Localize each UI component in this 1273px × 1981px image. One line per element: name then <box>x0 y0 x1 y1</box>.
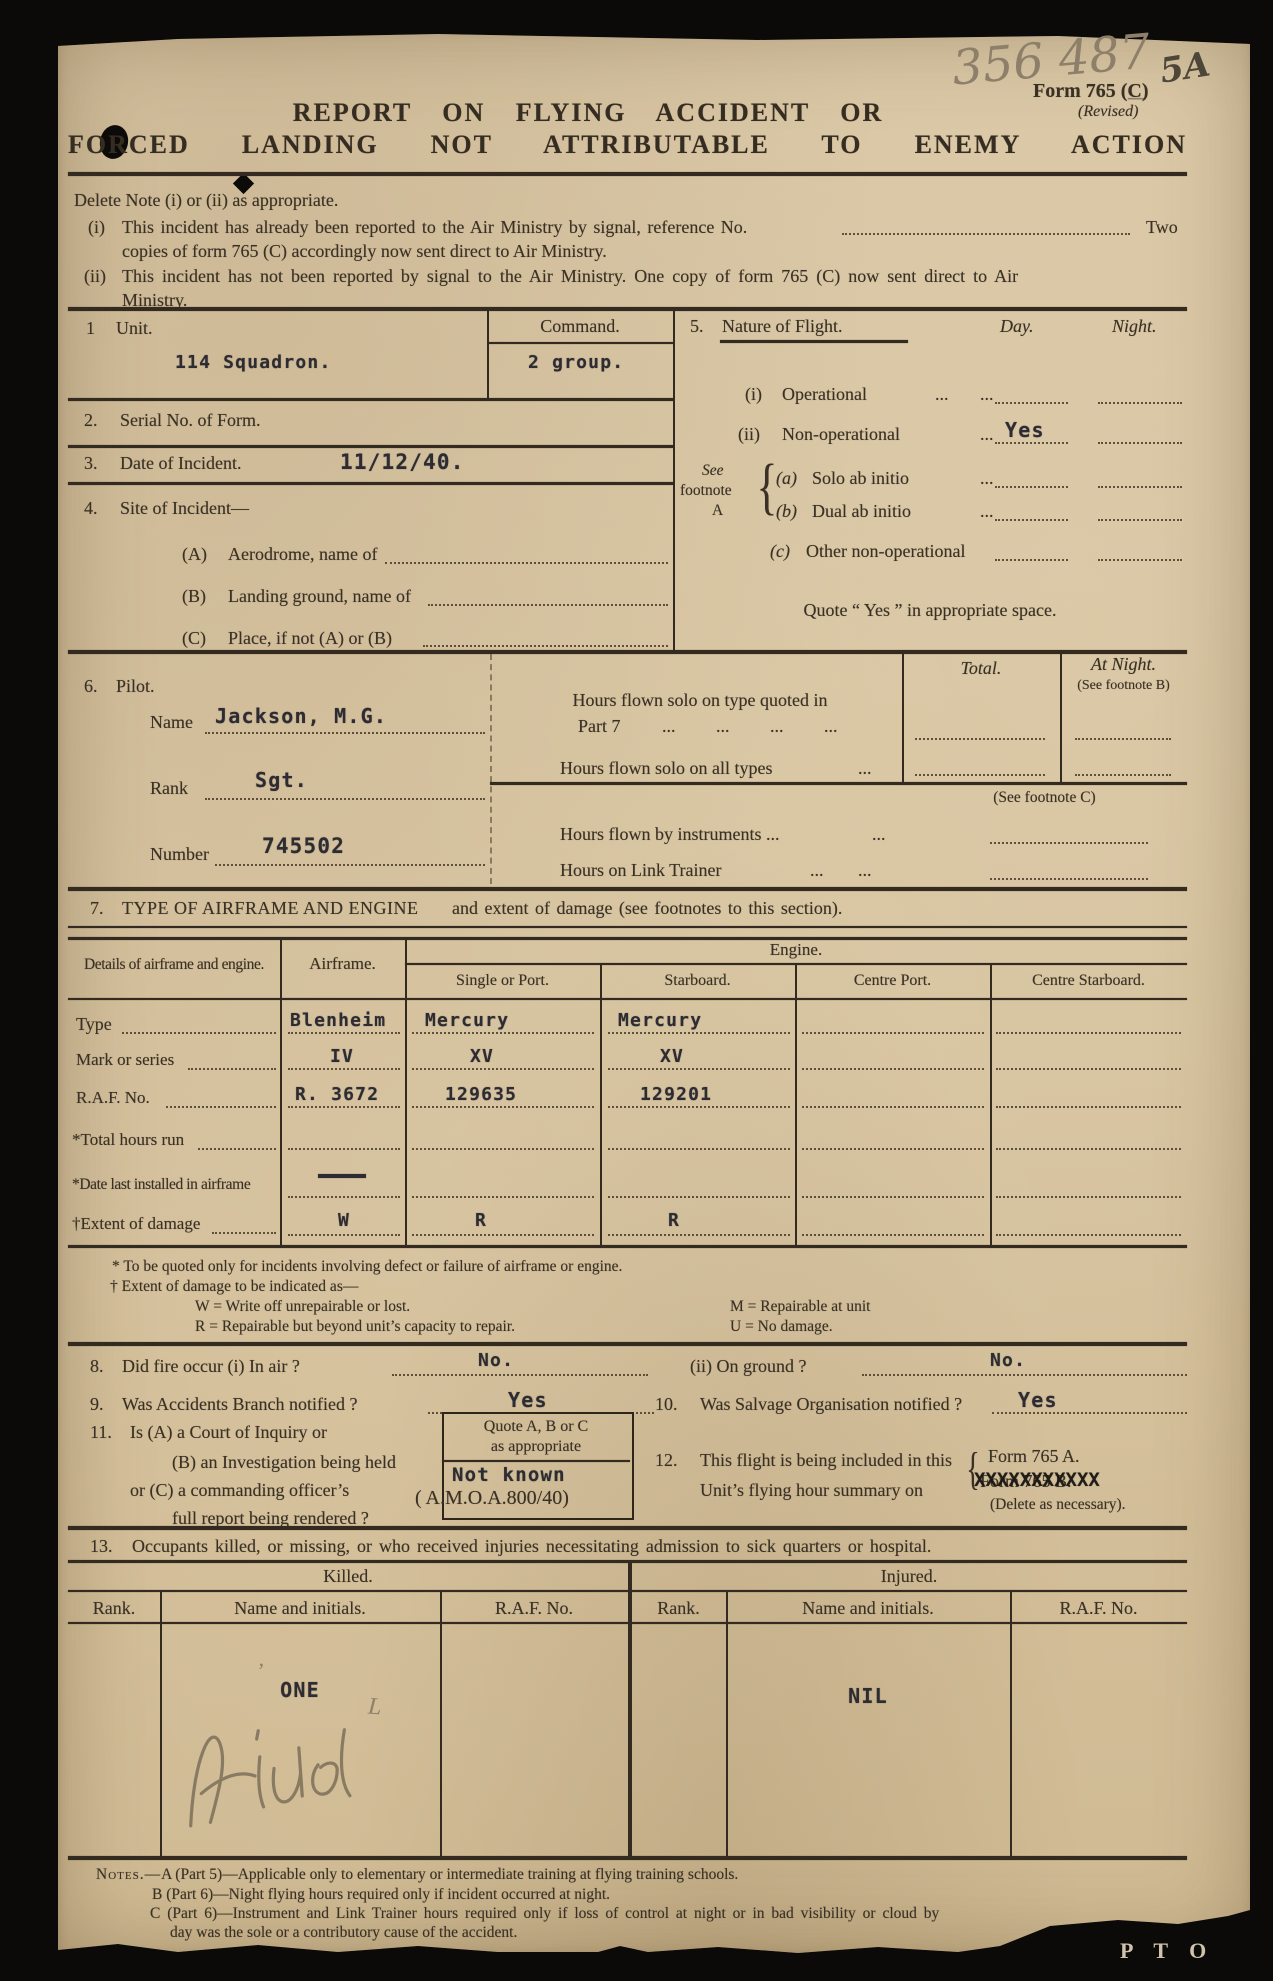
hours-row2-dots: ... <box>858 758 872 779</box>
hours-row4-blank <box>990 878 1148 880</box>
notes-title: Notes.— <box>96 1866 161 1883</box>
s5-row-i-key: (i) <box>745 384 762 405</box>
notes-line-b: B (Part 6)—Night flying hours required o… <box>152 1886 610 1904</box>
s3-number: 3. <box>84 453 98 474</box>
s5-night-header: Night. <box>1112 316 1157 337</box>
t7-v5 <box>990 963 992 1245</box>
t7-row-extent-leader <box>212 1232 276 1234</box>
s12-line2: Unit’s flying hour summary on <box>700 1480 923 1501</box>
t7-dots <box>608 1196 790 1198</box>
row2-rule <box>68 445 673 448</box>
t7-dots <box>412 1106 594 1108</box>
s5-row-i-dots2: ... <box>980 384 994 405</box>
s13-label: Occupants killed, or missing, or who rec… <box>132 1536 931 1557</box>
s6-number-blank <box>215 864 485 866</box>
s5-number: 5. <box>690 316 704 337</box>
s11-box-divider <box>442 1460 630 1462</box>
note-i-line2: copies of form 765 (C) accordingly now s… <box>122 241 607 262</box>
t7-row-raf-leader <box>166 1106 276 1108</box>
s5-day-header: Day. <box>1000 316 1034 337</box>
t13-killed-name-header: Name and initials. <box>160 1598 440 1619</box>
s5-footnote-word: footnote <box>680 482 732 500</box>
s11-box-value: Not known <box>452 1464 566 1486</box>
s2-label: Serial No. of Form. <box>120 410 260 431</box>
command-value: 2 group. <box>528 352 624 373</box>
s5-row-i-dots: ... <box>935 384 949 405</box>
note-i-two: Two <box>1146 217 1178 238</box>
s4a-dotted-blank <box>385 562 668 564</box>
note-i-line1: This incident has already been reported … <box>122 217 747 238</box>
s6-top-rule <box>68 650 1187 654</box>
s8-value2: No. <box>990 1350 1026 1371</box>
t7-row-mark-leader <box>188 1068 276 1070</box>
pencil-reference-suffix: 5A <box>1157 44 1213 91</box>
s6-rank-label: Rank <box>150 778 188 799</box>
t7-row-raf-label: R.A.F. No. <box>76 1088 150 1108</box>
t7-engine-header: Engine. <box>405 940 1187 960</box>
s12-delete-note: (Delete as necessary). <box>990 1496 1126 1514</box>
t13-injured-raf-header: R.A.F. No. <box>1010 1598 1187 1619</box>
s5-row-ii-day-blank <box>995 442 1068 444</box>
s7-footnote-m: M = Repairable at unit <box>730 1298 870 1316</box>
t7-dots <box>288 1106 400 1108</box>
left-right-divider <box>673 307 675 650</box>
s12-option1: Form 765 A. <box>988 1446 1080 1467</box>
s5-row-a-dots: ... <box>980 468 994 489</box>
s6-name-value: Jackson, M.G. <box>215 704 387 728</box>
s6-rank-blank <box>205 798 485 800</box>
t7-dots <box>288 1196 400 1198</box>
s5-row-c-label: Other non-operational <box>806 541 965 562</box>
s11-amo-reference: ( A.M.O.A.800/40) <box>415 1487 569 1510</box>
s5-row-i-label: Operational <box>782 384 867 405</box>
s7-footnote-r: R = Repairable but beyond unit’s capacit… <box>195 1318 515 1336</box>
t7-raf-airframe: R. 3672 <box>295 1084 379 1105</box>
s7-footnote-w: W = Write off unrepairable or lost. <box>195 1298 410 1316</box>
hours-row1-night-blank <box>1075 738 1171 740</box>
t7-dots <box>288 1032 400 1034</box>
t13-center-divider <box>628 1562 632 1856</box>
s8-blank1 <box>392 1374 648 1376</box>
s12-line1: This flight is being included in this <box>700 1450 952 1471</box>
s5-row-c-night-blank <box>1098 559 1182 561</box>
s6-rank-value: Sgt. <box>255 768 308 792</box>
s5-row-ii-label: Non-operational <box>782 424 900 445</box>
t7-dots <box>802 1106 984 1108</box>
s7-title-caps: TYPE OF AIRFRAME AND ENGINE <box>122 898 419 919</box>
s6-number-label: Number <box>150 844 209 865</box>
scanned-accident-report-form: 356 487 5A _ Form 765 (C) (Revised) REPO… <box>0 0 1273 1981</box>
s5-row-i-day-blank <box>995 402 1068 404</box>
t7-extent-e1: R <box>475 1210 487 1231</box>
s3-label: Date of Incident. <box>120 453 241 474</box>
s5-row-b-night-blank <box>1098 519 1182 521</box>
notes-line-a: Notes.—A (Part 5)—Applicable only to ele… <box>96 1866 738 1884</box>
hours-mid-rule <box>490 782 1187 785</box>
hours-total-header: Total. <box>902 658 1060 679</box>
t7-mark-airframe: IV <box>330 1046 354 1067</box>
s1-value: 114 Squadron. <box>175 352 331 373</box>
hours-row4-dots: ... ... <box>810 860 872 881</box>
s8-number: 8. <box>90 1356 104 1377</box>
row1-rule <box>68 398 673 401</box>
t7-type-e2: Mercury <box>618 1010 702 1031</box>
t7-dots <box>608 1068 790 1070</box>
t7-raf-e1: 129635 <box>445 1084 517 1105</box>
s6-name-label: Name <box>150 712 193 733</box>
s5-label: Nature of Flight. <box>722 316 842 337</box>
hours-footnote-c: (See footnote C) <box>902 789 1187 807</box>
t7-sub3: Centre Port. <box>795 972 990 990</box>
t7-row-extent-label: †Extent of damage <box>72 1214 200 1234</box>
t7-dots <box>996 1234 1181 1236</box>
command-label: Command. <box>488 316 672 337</box>
s5-footnote-see: See <box>702 462 724 480</box>
t7-dots <box>288 1068 400 1070</box>
s9-value: Yes <box>508 1388 548 1412</box>
t7-dots <box>996 1196 1181 1198</box>
s5-row-c-key: (c) <box>770 541 790 562</box>
s4-label: Site of Incident— <box>120 498 249 519</box>
s1-label: Unit. <box>116 318 153 339</box>
s8-top-rule <box>68 1342 1187 1346</box>
t7-dots <box>412 1234 594 1236</box>
hours-row2-total-blank <box>915 774 1045 776</box>
t7-v1 <box>280 937 282 1245</box>
s5-row-a-day-blank <box>995 486 1068 488</box>
s5-row-ii-night-blank <box>1098 442 1182 444</box>
section-rule <box>68 307 1187 311</box>
s6-label: Pilot. <box>116 676 155 697</box>
s4c-label: Place, if not (A) or (B) <box>228 628 392 649</box>
t7-extent-airframe: W <box>338 1210 350 1231</box>
s9-number: 9. <box>90 1394 104 1415</box>
s10-value: Yes <box>1018 1388 1058 1412</box>
t7-v3 <box>600 963 602 1245</box>
t7-raf-e2: 129201 <box>640 1084 712 1105</box>
t7-dots <box>996 1106 1181 1108</box>
s5-row-a-night-blank <box>1098 486 1182 488</box>
s6-number: 6. <box>84 676 98 697</box>
s5-row-a-label: Solo ab initio <box>812 468 909 489</box>
t7-row-mark-label: Mark or series <box>76 1050 174 1070</box>
t7-mark-e1: XV <box>470 1046 494 1067</box>
t7-mark-e2: XV <box>660 1046 684 1067</box>
s7-footnote-u: U = No damage. <box>730 1318 833 1336</box>
hours-row3-blank <box>990 842 1148 844</box>
command-underline <box>488 342 673 344</box>
hours-row1-line1: Hours flown solo on type quoted in <box>500 690 900 711</box>
s12-x-overstrike: XXXXXXXXXXX <box>974 1469 1100 1491</box>
s5-row-b-label: Dual ab initio <box>812 501 911 522</box>
s11-line2: (B) an Investigation being held <box>172 1452 396 1473</box>
t7-dots <box>802 1148 984 1150</box>
t7-header-bottom <box>68 998 1187 1000</box>
t7-dots <box>802 1234 984 1236</box>
t13-killed-raf-header: R.A.F. No. <box>440 1598 628 1619</box>
s11-number: 11. <box>90 1422 112 1443</box>
t7-dots <box>412 1148 594 1150</box>
s1-number: 1 <box>86 318 95 339</box>
s6-divider <box>490 654 492 884</box>
t7-dots <box>412 1068 594 1070</box>
t13-injured-name-header: Name and initials. <box>726 1598 1010 1619</box>
s13-top-rule <box>68 1526 1187 1530</box>
pencil-dot-mark: ’ <box>256 1658 263 1684</box>
t7-dots <box>608 1234 790 1236</box>
t7-v4 <box>795 963 797 1245</box>
t7-dots <box>802 1068 984 1070</box>
form-title-line1: REPORT ON FLYING ACCIDENT OR <box>68 98 1108 128</box>
s4b-key: (B) <box>182 586 206 607</box>
s8-value1: No. <box>478 1350 514 1371</box>
t7-airframe-header: Airframe. <box>280 954 405 974</box>
s5-row-ii-key: (ii) <box>738 424 760 445</box>
notes-line-c2: day was the sole or a contributory cause… <box>170 1924 517 1942</box>
s5-row-a-key: (a) <box>776 468 797 489</box>
s5-row-b-day-blank <box>995 519 1068 521</box>
s5-footnote-a: A <box>712 502 723 520</box>
t7-sub2: Starboard. <box>600 972 795 990</box>
s7-title-rest: and extent of damage (see footnotes to t… <box>452 898 842 919</box>
s9-label: Was Accidents Branch notified ? <box>122 1394 357 1415</box>
s5-row-c-day-blank <box>995 559 1068 561</box>
t7-dots <box>288 1148 400 1150</box>
s5-brace: { <box>756 452 777 523</box>
s7-top-rule <box>68 887 1187 891</box>
hours-row4-label: Hours on Link Trainer <box>560 860 722 881</box>
s4c-key: (C) <box>182 628 206 649</box>
t7-dots <box>996 1068 1181 1070</box>
t7-dots <box>996 1148 1181 1150</box>
s5-row-ii-dots: ... <box>980 424 994 445</box>
notes-a-text: A (Part 5)—Applicable only to elementary… <box>161 1866 738 1883</box>
s7-title-rule <box>68 926 1187 928</box>
s5-row-i-night-blank <box>1098 402 1182 404</box>
note-ii-key: (ii) <box>84 266 106 287</box>
title-rule <box>68 172 1187 176</box>
note-i-dotted-blank <box>842 233 1130 235</box>
hours-row1-line2: Part 7 <box>578 716 621 737</box>
t7-row-hours-leader <box>198 1148 276 1150</box>
t7-bottom <box>68 1245 1187 1248</box>
t7-dots <box>288 1234 400 1236</box>
t7-row-type-label: Type <box>76 1014 112 1035</box>
t7-type-airframe: Blenheim <box>290 1010 386 1031</box>
hours-row2-night-blank <box>1075 774 1171 776</box>
t13-k-v2 <box>440 1592 442 1856</box>
s2-number: 2. <box>84 410 98 431</box>
t7-sub1: Single or Port. <box>405 972 600 990</box>
t7-row-type-leader <box>122 1032 276 1034</box>
t13-killed-rank-header: Rank. <box>68 1598 160 1619</box>
s5-quote-note: Quote “ Yes ” in appropriate space. <box>673 600 1187 621</box>
s7-footnote-star: * To be quoted only for incidents involv… <box>112 1258 622 1276</box>
row3-rule <box>68 482 673 485</box>
s5-row-b-dots: ... <box>980 501 994 522</box>
t13-injured-header: Injured. <box>631 1566 1187 1587</box>
pto-label: P T O <box>1120 1938 1214 1964</box>
s5-row-b-key: (b) <box>776 501 797 522</box>
s4a-label: Aerodrome, name of <box>228 544 377 565</box>
s8-label2: (ii) On ground ? <box>690 1356 806 1377</box>
notes-line-c: C (Part 6)—Instrument and Link Trainer h… <box>150 1905 939 1923</box>
t7-dots <box>412 1196 594 1198</box>
t13-killed-header: Killed. <box>68 1566 628 1587</box>
t7-extent-e2: R <box>668 1210 680 1231</box>
s11-line1: Is (A) a Court of Inquiry or <box>130 1422 327 1443</box>
t13-injured-rank-header: Rank. <box>631 1598 726 1619</box>
t7-dots <box>412 1032 594 1034</box>
s6-name-blank <box>205 732 485 734</box>
t7-dots <box>996 1032 1181 1034</box>
t7-dots <box>608 1148 790 1150</box>
s4-number: 4. <box>84 498 98 519</box>
t7-dots <box>608 1106 790 1108</box>
s10-blank <box>992 1412 1187 1414</box>
s6-number-value: 745502 <box>262 834 345 858</box>
s4b-label: Landing ground, name of <box>228 586 411 607</box>
t7-typed-dash-mark <box>318 1174 366 1178</box>
note-i-key: (i) <box>88 217 105 238</box>
t13-i-v2 <box>1010 1592 1012 1856</box>
form-title-line2: FORCED LANDING NOT ATTRIBUTABLE TO ENEMY… <box>68 130 1187 160</box>
hours-night-footnote: (See footnote B) <box>1060 678 1187 694</box>
s8-blank2 <box>862 1374 1187 1376</box>
s11-box-line1: Quote A, B or C <box>444 1418 628 1436</box>
t7-type-e1: Mercury <box>425 1010 509 1031</box>
s5-underline <box>720 340 908 343</box>
t13-injured-value: NIL <box>726 1684 1010 1708</box>
s11-box-line2: as appropriate <box>444 1438 628 1456</box>
s13-number: 13. <box>90 1536 113 1557</box>
s5-row-ii-day-value: Yes <box>1005 418 1045 442</box>
hours-row1-dots: ... ... ... ... <box>662 716 838 737</box>
s4b-dotted-blank <box>428 604 668 606</box>
note-ii-line1: This incident has not been reported by s… <box>122 266 1018 287</box>
s10-label: Was Salvage Organisation notified ? <box>700 1394 962 1415</box>
s3-value: 11/12/40. <box>340 450 465 474</box>
t7-col0-header: Details of airframe and engine. <box>70 956 278 974</box>
s7-number: 7. <box>90 898 104 919</box>
hours-row1-total-blank <box>915 738 1045 740</box>
hours-row2-label: Hours flown solo on all types <box>560 758 772 779</box>
s4a-key: (A) <box>182 544 207 565</box>
s12-number: 12. <box>655 1450 678 1471</box>
delete-note: Delete Note (i) or (ii) as appropriate. <box>74 190 338 211</box>
s11-line3: or (C) a commanding officer’s <box>130 1480 349 1501</box>
t13-bottom <box>68 1856 1187 1860</box>
t7-row-date-label: *Date last installed in airframe <box>72 1176 250 1194</box>
hours-row3-dots: ... <box>872 824 886 845</box>
hours-row3-label: Hours flown by instruments ... <box>560 824 780 845</box>
t13-i-v1 <box>726 1592 728 1856</box>
t7-dots <box>802 1032 984 1034</box>
s8-label: Did fire occur (i) In air ? <box>122 1356 300 1377</box>
s4c-dotted-blank <box>423 645 668 647</box>
s7-footnote-dagger: † Extent of damage to be indicated as— <box>110 1278 358 1296</box>
hours-night-header: At Night. <box>1060 654 1187 675</box>
t7-row-hours-label: *Total hours run <box>72 1130 184 1150</box>
t7-sub4: Centre Starboard. <box>990 972 1187 990</box>
s10-number: 10. <box>655 1394 678 1415</box>
t7-dots <box>608 1032 790 1034</box>
t7-dots <box>802 1196 984 1198</box>
